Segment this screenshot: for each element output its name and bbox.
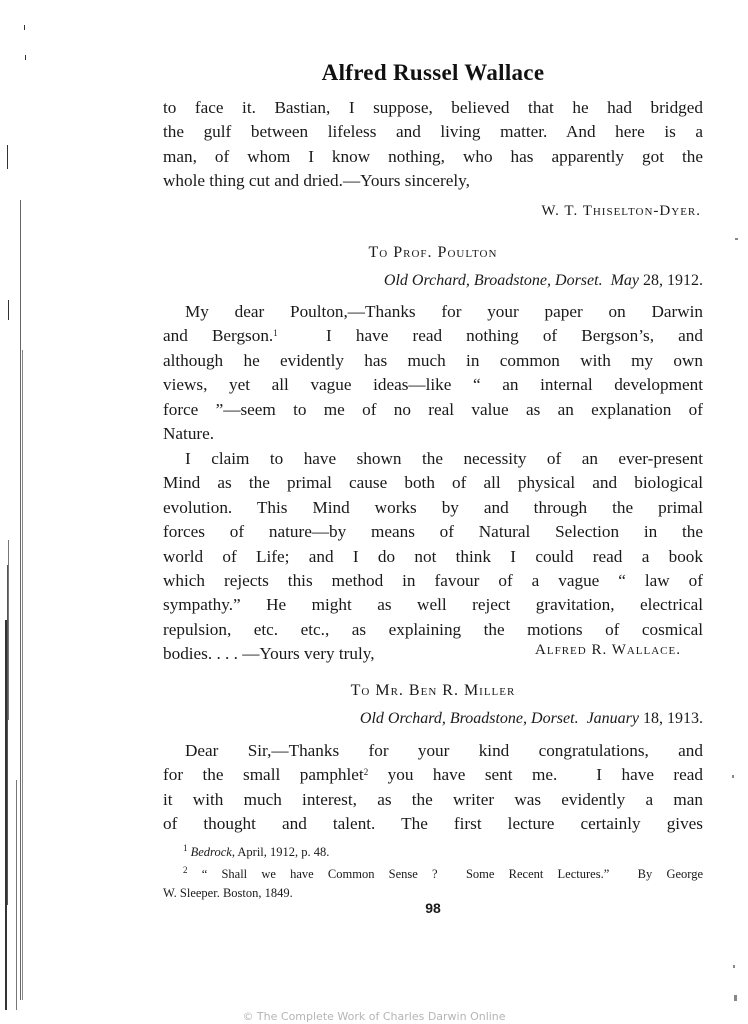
text-line: repulsion, etc. etc., as explaining the … <box>163 618 703 642</box>
text-line: sympathy.” He might as well reject gravi… <box>163 593 703 617</box>
footnotes: 1 Bedrock, April, 1912, p. 48. 2 “ Shall… <box>163 843 703 903</box>
dateline-poulton: Old Orchard, Broadstone, Dorset. May 28,… <box>384 272 703 290</box>
text-line: man, of whom I know nothing, who has app… <box>163 145 703 169</box>
paragraph-miller-1: Dear Sir,—Thanks for your kind congratul… <box>163 739 703 837</box>
scan-speck <box>733 965 735 968</box>
text-line: of thought and talent. The first lecture… <box>163 812 703 836</box>
paragraph-poulton-1: My dear Poulton,—Thanks for your paper o… <box>163 300 703 446</box>
text-line: forces of nature—by means of Natural Sel… <box>163 520 703 544</box>
page-number: 98 <box>163 900 703 916</box>
binding-edge-artifact <box>0 0 40 1024</box>
scan-speck <box>734 995 737 1001</box>
place: Old Orchard, Broadstone, Dorset. <box>384 272 603 289</box>
date-month: January <box>587 710 639 727</box>
date-rest: 28, 1912. <box>643 272 703 289</box>
text-line: I claim to have shown the necessity of a… <box>163 447 703 471</box>
text-line: world of Life; and I do not think I coul… <box>163 545 703 569</box>
date-rest: 18, 1913. <box>643 710 703 727</box>
footnote-2: 2 “ Shall we have Common Sense ? Some Re… <box>163 865 703 884</box>
continuation-paragraph: to face it. Bastian, I suppose, believed… <box>163 96 703 194</box>
dateline-miller: Old Orchard, Broadstone, Dorset. January… <box>360 710 703 728</box>
date-month: May <box>611 272 639 289</box>
text-line: although he evidently has much in common… <box>163 349 703 373</box>
text-line: Mind as the primal cause both of all phy… <box>163 471 703 495</box>
text-line: to face it. Bastian, I suppose, believed… <box>163 96 703 120</box>
text-line: it with much interest, as the writer was… <box>163 788 703 812</box>
text-line: Nature. <box>163 422 703 446</box>
text-line: views, yet all vague ideas—like “ an int… <box>163 373 703 397</box>
letter-heading-miller: To Mr. Ben R. Miller <box>163 682 703 700</box>
signature-thiselton-dyer: W. T. Thiselton-Dyer. <box>541 203 701 220</box>
text-line: force ”—seem to me of no real value as a… <box>163 398 703 422</box>
text-line: the gulf between lifeless and living mat… <box>163 120 703 144</box>
letter-heading-poulton: To Prof. Poulton <box>163 244 703 262</box>
text-line: Dear Sir,—Thanks for your kind congratul… <box>163 739 703 763</box>
text-line: My dear Poulton,—Thanks for your paper o… <box>163 300 703 324</box>
copyright-notice: © The Complete Work of Charles Darwin On… <box>0 1010 748 1023</box>
text-line: for the small pamphlet2 you have sent me… <box>163 763 703 787</box>
running-head: Alfred Russel Wallace <box>163 60 703 86</box>
text-line: which rejects this method in favour of a… <box>163 569 703 593</box>
text-line: whole thing cut and dried.—Yours sincere… <box>163 169 703 193</box>
signature-wallace: Alfred R. Wallace. <box>535 642 681 659</box>
paragraph-poulton-2: I claim to have shown the necessity of a… <box>163 447 703 667</box>
scan-speck <box>732 775 734 778</box>
text-line: evolution. This Mind works by and throug… <box>163 496 703 520</box>
scan-speck <box>735 238 738 240</box>
place: Old Orchard, Broadstone, Dorset. <box>360 710 579 727</box>
text-line: and Bergson.1 I have read nothing of Ber… <box>163 324 703 348</box>
footnote-1: 1 Bedrock, April, 1912, p. 48. <box>163 843 703 862</box>
